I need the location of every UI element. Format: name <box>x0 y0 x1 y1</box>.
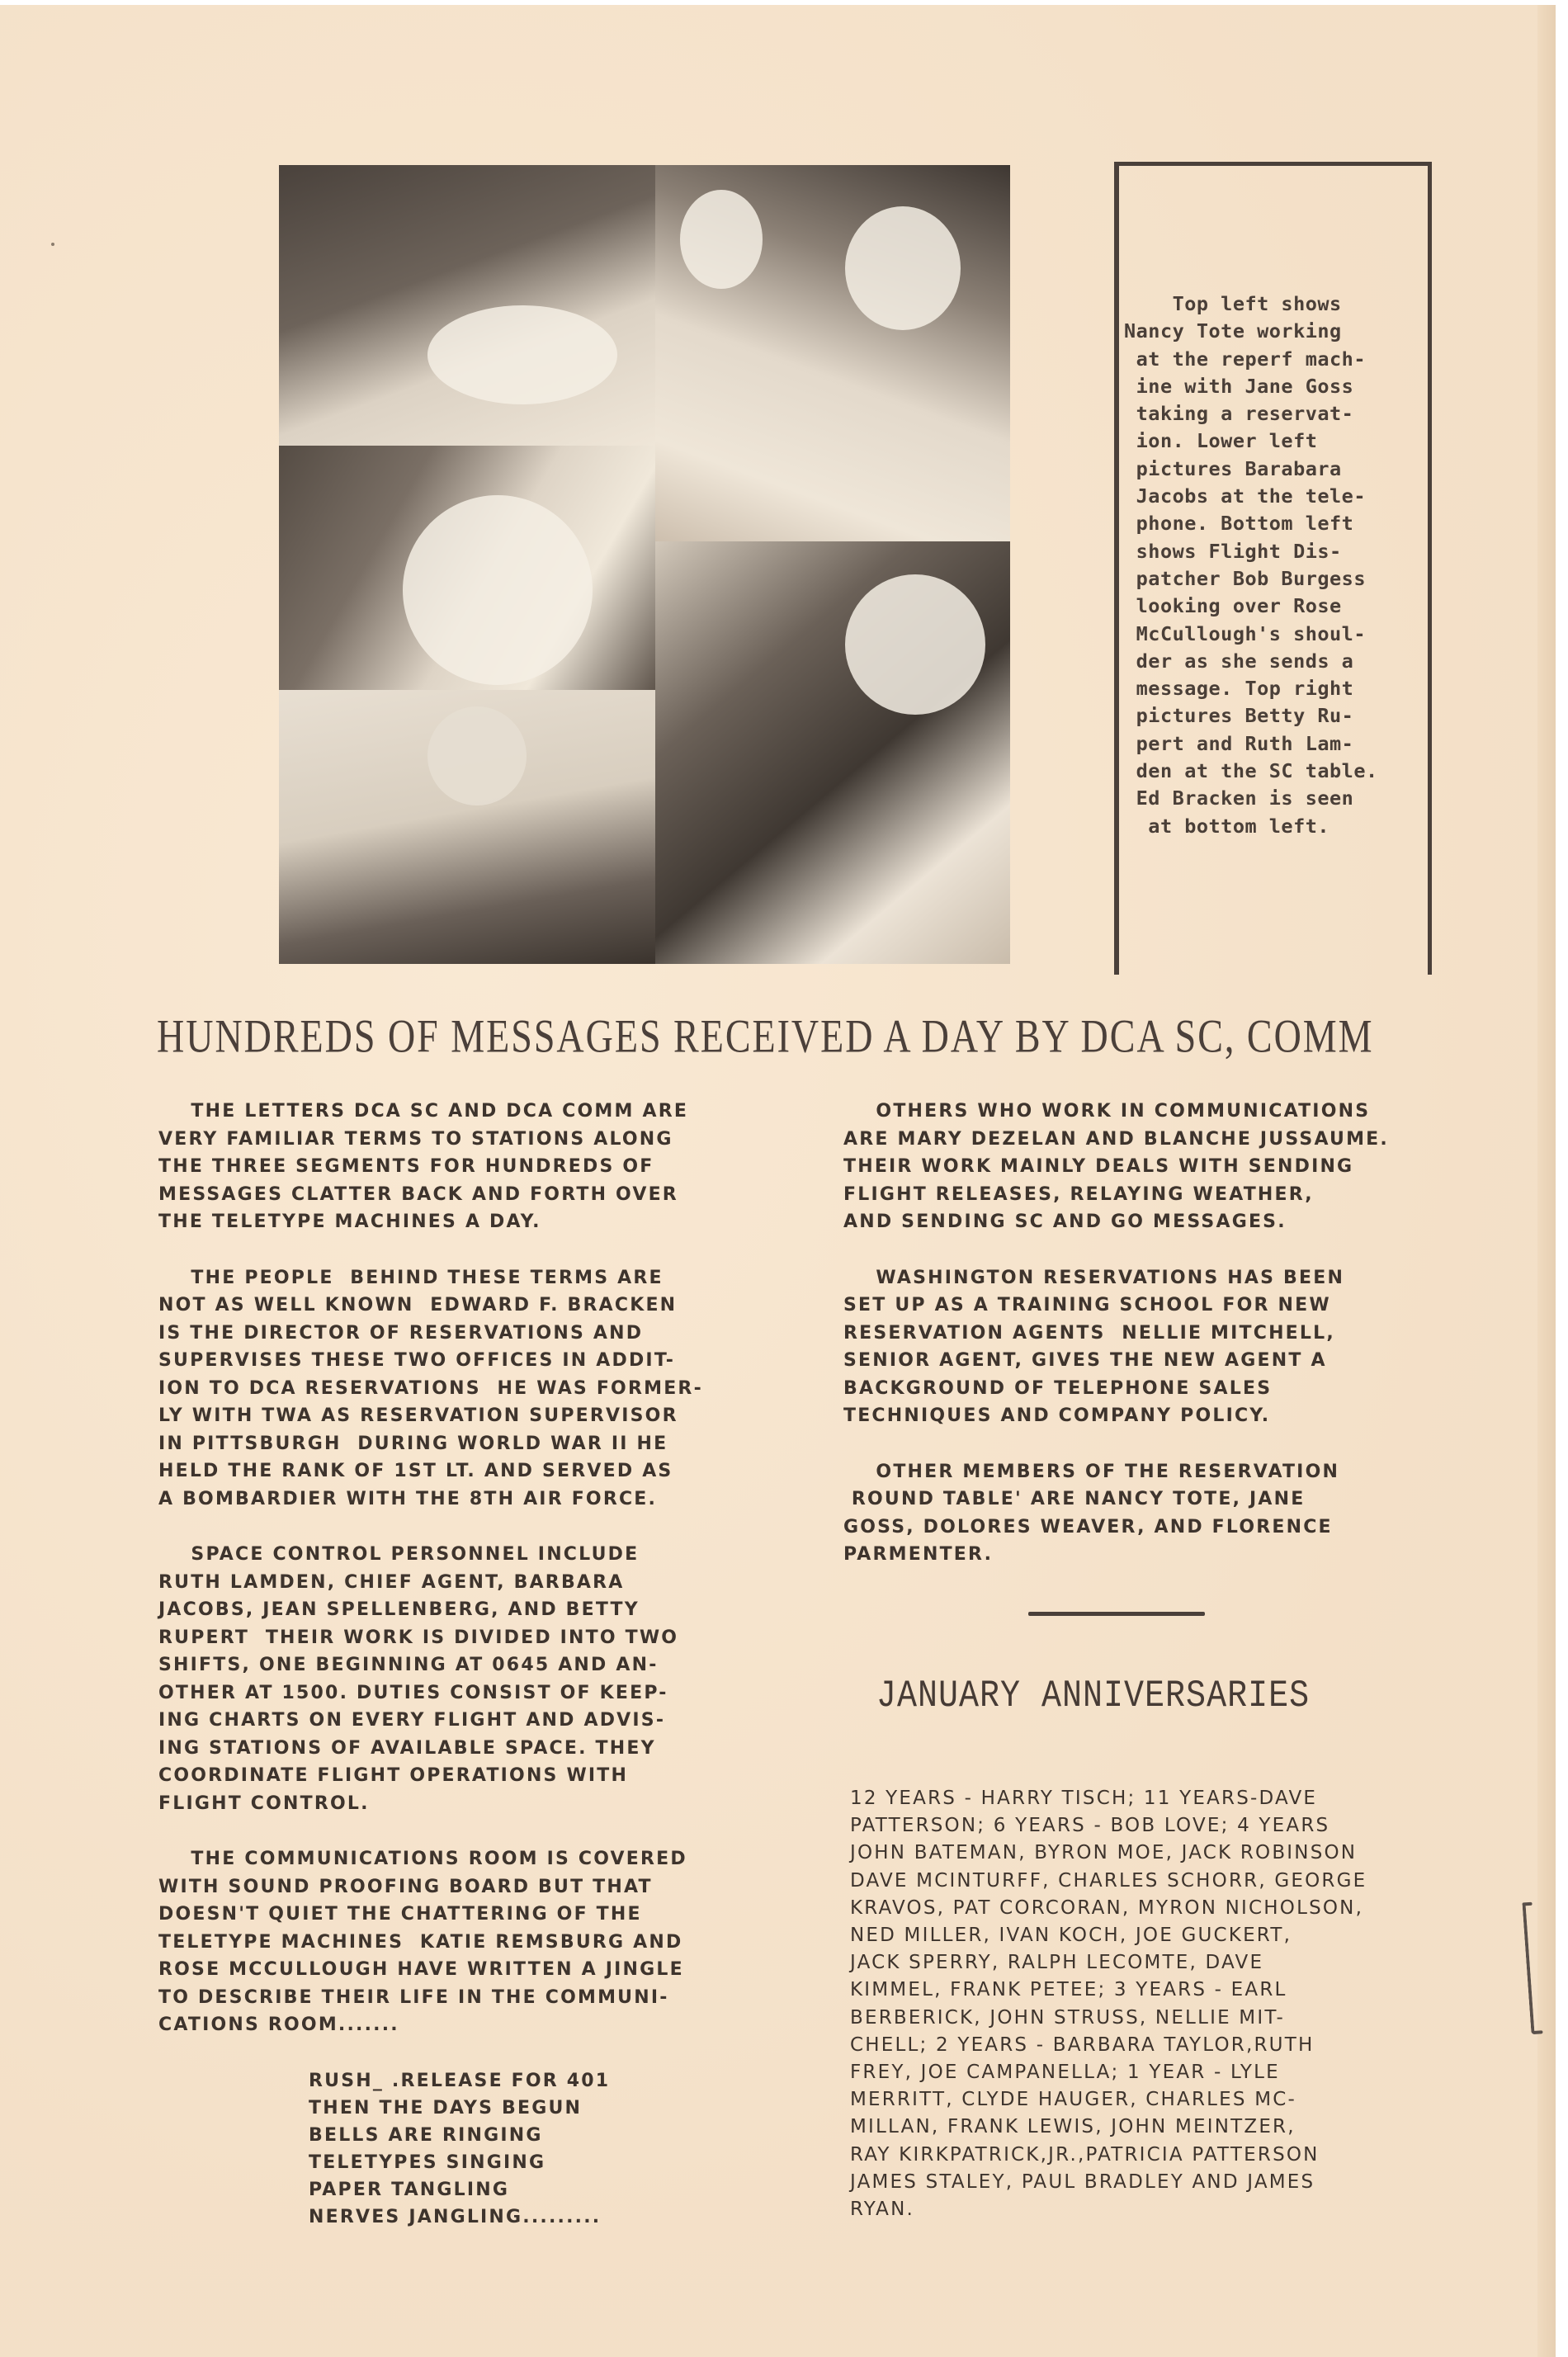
right-column: Others who work in communications are Ma… <box>843 1098 1471 1597</box>
paper-speck <box>51 243 54 246</box>
photo-subject <box>427 706 527 805</box>
photo-top-left <box>279 165 655 446</box>
paragraph: The letters DCA SC and DCA COMM are very… <box>158 1098 769 1236</box>
photo-middle-left <box>279 446 655 690</box>
verse-line: Nerves jangling......... <box>309 2203 769 2231</box>
verse-line: Bells are ringing <box>309 2122 769 2149</box>
photo-subject <box>845 206 961 330</box>
photo-subject <box>845 574 985 715</box>
paragraph: Other members of the reservation round t… <box>843 1458 1471 1569</box>
paragraph: The people behind these terms are not as… <box>158 1264 769 1514</box>
photo-caption: Top left shows Nancy Tote working at the… <box>1124 290 1429 840</box>
photo-bottom-left <box>279 690 655 964</box>
page-edge <box>1537 5 1556 2357</box>
photo-subject <box>403 495 593 685</box>
paragraph: Space Control personnel include Ruth Lam… <box>158 1541 769 1817</box>
article-headline: HUNDREDS OF MESSAGES RECEIVED A DAY BY D… <box>157 1008 1444 1063</box>
verse-line: Paper Tangling <box>309 2176 769 2203</box>
photo-top-right <box>655 165 1010 541</box>
photo-subject <box>427 305 617 404</box>
verse-line: Teletypes singing <box>309 2149 769 2176</box>
left-column: The letters DCA SC and DCA COMM are very… <box>158 1098 769 2231</box>
verse-line: Then the days begun <box>309 2095 769 2122</box>
jingle-verse: Rush_ .release for 401 Then the days beg… <box>309 2067 769 2231</box>
paragraph: Others who work in communications are Ma… <box>843 1098 1471 1236</box>
photo-subject <box>680 190 763 289</box>
photo-collage <box>279 165 1010 964</box>
verse-line: Rush_ .release for 401 <box>309 2067 769 2095</box>
anniversaries-list: 12 years - Harry Tisch; 11 years-Dave Pa… <box>850 1785 1477 2223</box>
anniversaries-title: JANUARY ANNIVERSARIES <box>876 1675 1310 1718</box>
paragraph: The communications room is covered with … <box>158 1845 769 2039</box>
section-divider <box>1028 1612 1205 1616</box>
paragraph: Washington reservations has been set up … <box>843 1264 1471 1430</box>
photo-bottom-right <box>655 541 1010 964</box>
